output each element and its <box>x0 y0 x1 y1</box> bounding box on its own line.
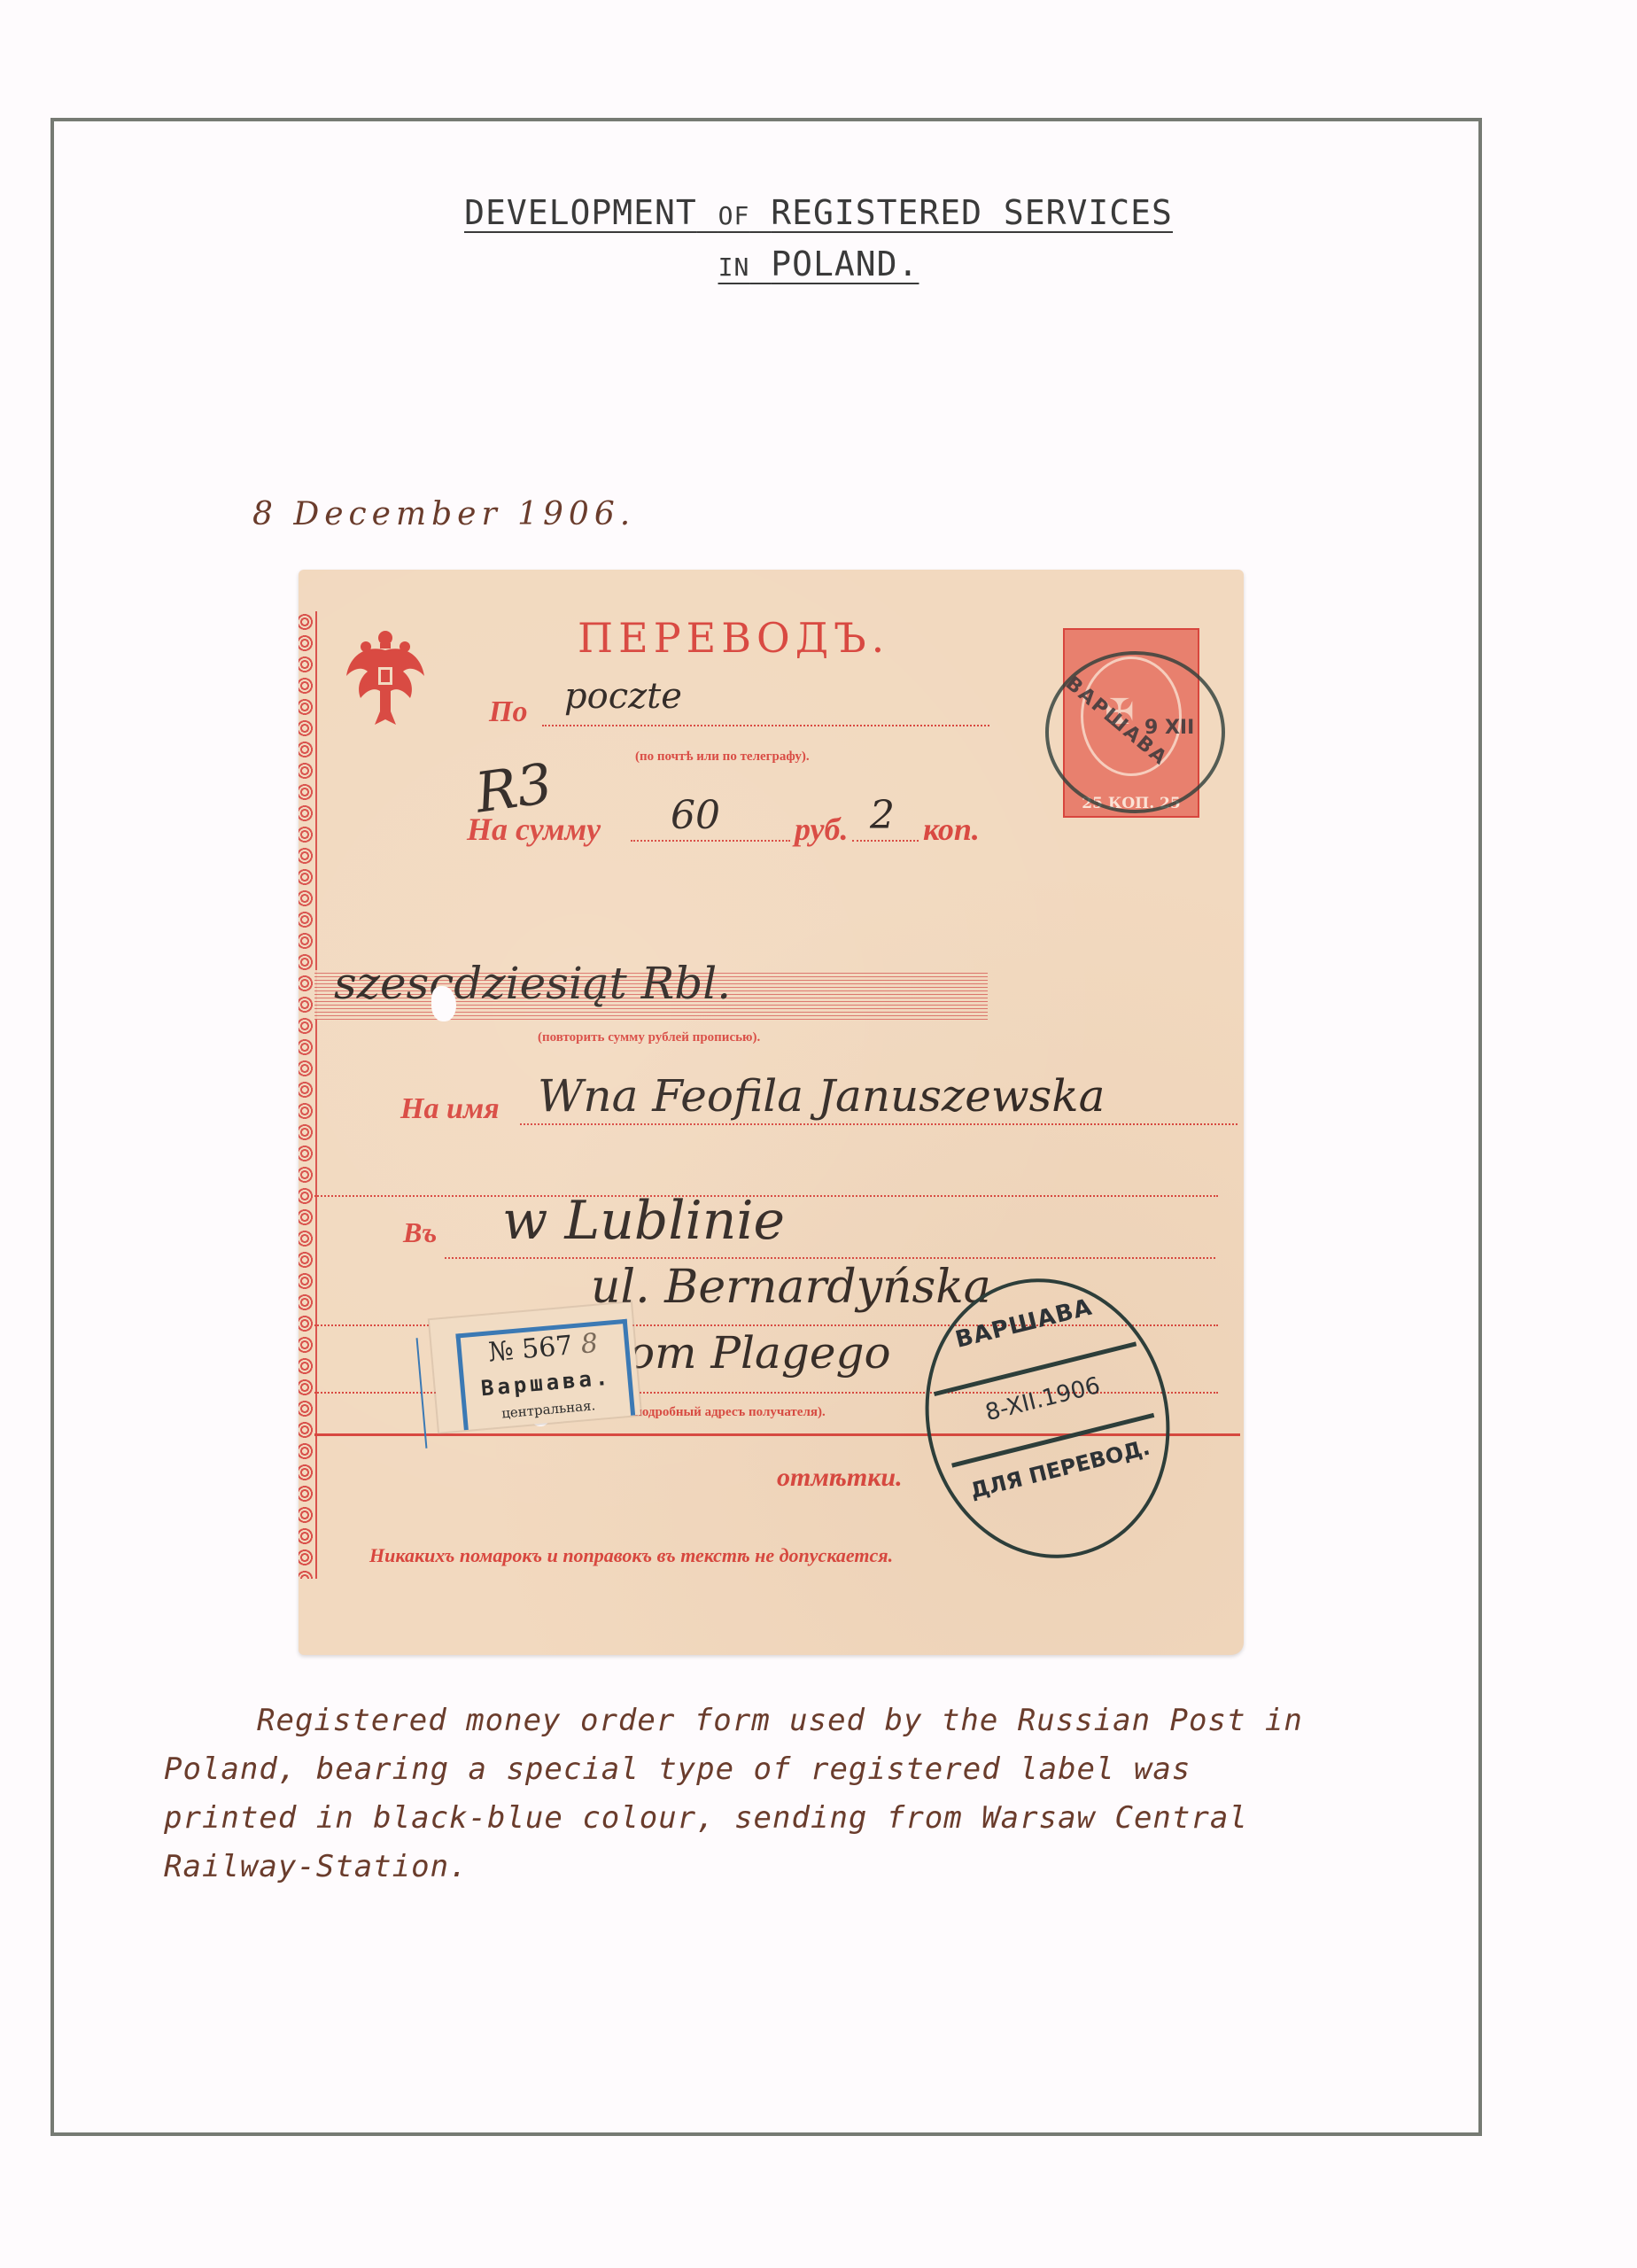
po-line <box>542 725 989 726</box>
address-line1-value: w Lublinie <box>502 1190 785 1252</box>
sum-label: На сумму <box>467 811 601 848</box>
po-value: poczte <box>564 676 682 717</box>
kop-label: коп. <box>923 811 980 848</box>
name-label: На имя <box>400 1092 500 1126</box>
address-line-1 <box>445 1257 1215 1259</box>
address-line3-value: dom Plagego <box>600 1327 891 1379</box>
notes-label: отмѣтки. <box>777 1463 903 1493</box>
sum-words-value: szescdziesiąt Rbl. <box>334 958 731 1009</box>
to-label: Въ <box>403 1216 437 1249</box>
sum-kop-line <box>852 840 919 842</box>
description-caption: Registered money order form used by the … <box>164 1697 1307 1891</box>
postmark-date: 8-XII.1906 <box>926 1358 1160 1441</box>
form-heading: ПЕРЕВОДЪ. <box>578 614 889 662</box>
registration-label: № 567 8 Варшава. центральная. <box>430 1302 640 1432</box>
page-title-line2: IN POLAND. <box>0 245 1637 283</box>
sum-kop-value: 2 <box>870 793 895 838</box>
double-headed-eagle-icon <box>341 627 430 729</box>
sum-rub-line <box>631 840 790 842</box>
po-hint: (по почтѣ или по телеграфу). <box>635 750 810 765</box>
rub-label: руб. <box>795 811 848 848</box>
postmark-top: ВАРШАВА 9 XII <box>1045 651 1225 813</box>
date-note: 8 December 1906. <box>252 496 635 532</box>
name-line <box>520 1123 1237 1125</box>
registration-number: № 567 8 <box>461 1325 625 1371</box>
sum-rub-value: 60 <box>671 793 720 838</box>
address-line2-value: ul. Bernardyńska <box>591 1261 991 1314</box>
po-label: По <box>489 695 527 729</box>
punch-hole <box>431 986 456 1021</box>
footer-note: Никакихъ помарокъ и поправокъ въ текстѣ … <box>369 1544 893 1567</box>
sum-words-hint: (повторить сумму рублей прописью). <box>538 1030 760 1045</box>
page-title-line1: DEVELOPMENT OF REGISTERED SERVICES <box>0 193 1637 232</box>
name-value: Wna Feofila Januszewska <box>538 1070 1105 1122</box>
